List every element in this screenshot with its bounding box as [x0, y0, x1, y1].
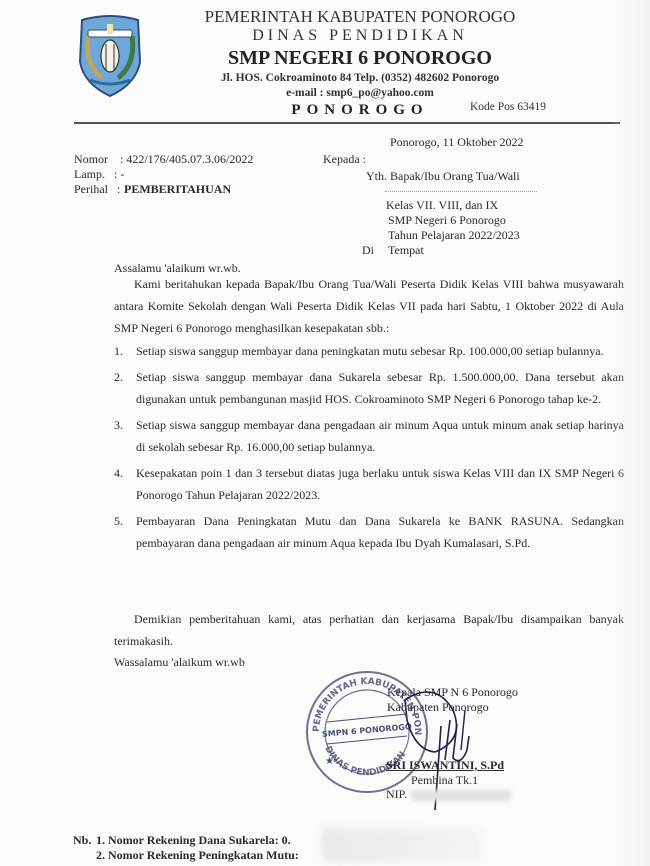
agreement-list: 1.Setiap siswa sanggup membayar dana pen… — [114, 340, 624, 558]
signatory-nip: NIP. — [386, 788, 511, 801]
signatory-name: SRI ISWANTINI, S.Pd — [386, 759, 504, 771]
letter-page: PEMERINTAH KABUPATEN PONOROGO DINAS PEND… — [0, 0, 650, 866]
svg-text:★: ★ — [325, 756, 334, 767]
kepada-label: Kepada : — [323, 153, 366, 165]
lamp-value: : - — [114, 168, 124, 180]
closing-paragraph: Demikian pemberitahuan kami, atas perhat… — [114, 608, 624, 652]
postal-code: Kode Pos 63419 — [470, 101, 546, 113]
list-item: 1.Setiap siswa sanggup membayar dana pen… — [114, 340, 624, 362]
signatory-rank: Pembina Tk.1 — [411, 774, 478, 786]
perihal-label: Perihal — [74, 183, 108, 195]
intro-paragraph: Kami beritahukan kepada Bapak/Ibu Orang … — [114, 273, 624, 339]
list-item: 5.Pembayaran Dana Peningkatan Mutu dan D… — [114, 510, 624, 554]
note-line-1: 1. Nomor Rekening Dana Sukarela: 0. — [96, 834, 291, 846]
list-item: 2.Setiap siswa sanggup membayar dana Suk… — [114, 366, 624, 410]
school-email: e-mail : smp6_po@yahoo.com — [150, 88, 570, 100]
perihal-separator: : — [117, 183, 120, 195]
perihal-value: PEMBERITAHUAN — [124, 183, 231, 195]
regency-crest-icon — [76, 14, 144, 98]
letter-date: Ponorogo, 11 Oktober 2022 — [390, 136, 524, 148]
nomor-label: Nomor — [74, 153, 108, 165]
lamp-label: Lamp. — [74, 168, 105, 180]
department-name: DINAS PENDIDIKAN — [150, 28, 570, 44]
farewell: Wassalamu 'alaikum wr.wb — [114, 656, 245, 668]
account-number-redacted — [322, 828, 482, 862]
recipient-line-2: Kelas VII. VIII, dan IX — [386, 199, 498, 211]
school-name: SMP NEGERI 6 PONOROGO — [150, 48, 570, 68]
di-label: Di — [362, 244, 374, 256]
recipient-line-4: Tahun Pelajaran 2022/2023 — [388, 229, 520, 241]
letterhead-divider — [74, 122, 620, 124]
recipient-place: Tempat — [388, 244, 424, 256]
note-line-2: 2. Nomor Rekening Peningkatan Mutu: — [96, 849, 299, 861]
nomor-value: : 422/176/405.07.3.06/2022 — [120, 153, 253, 165]
government-name: PEMERINTAH KABUPATEN PONOROGO — [150, 8, 570, 25]
recipient-line-3: SMP Negeri 6 Ponorogo — [388, 214, 506, 226]
list-item: 3.Setiap siswa sanggup membayar dana pen… — [114, 414, 624, 458]
list-item: 4.Kesepakatan poin 1 dan 3 tersebut diat… — [114, 462, 624, 506]
nip-redacted — [411, 790, 511, 801]
recipient-dotted-line — [385, 191, 537, 192]
note-prefix: Nb. — [73, 834, 91, 846]
school-address: Jl. HOS. Cokroaminoto 84 Telp. (0352) 48… — [150, 73, 570, 85]
page-edge-shadow — [610, 0, 650, 866]
recipient-line-1: Yth. Bapak/Ibu Orang Tua/Wali — [366, 170, 520, 182]
